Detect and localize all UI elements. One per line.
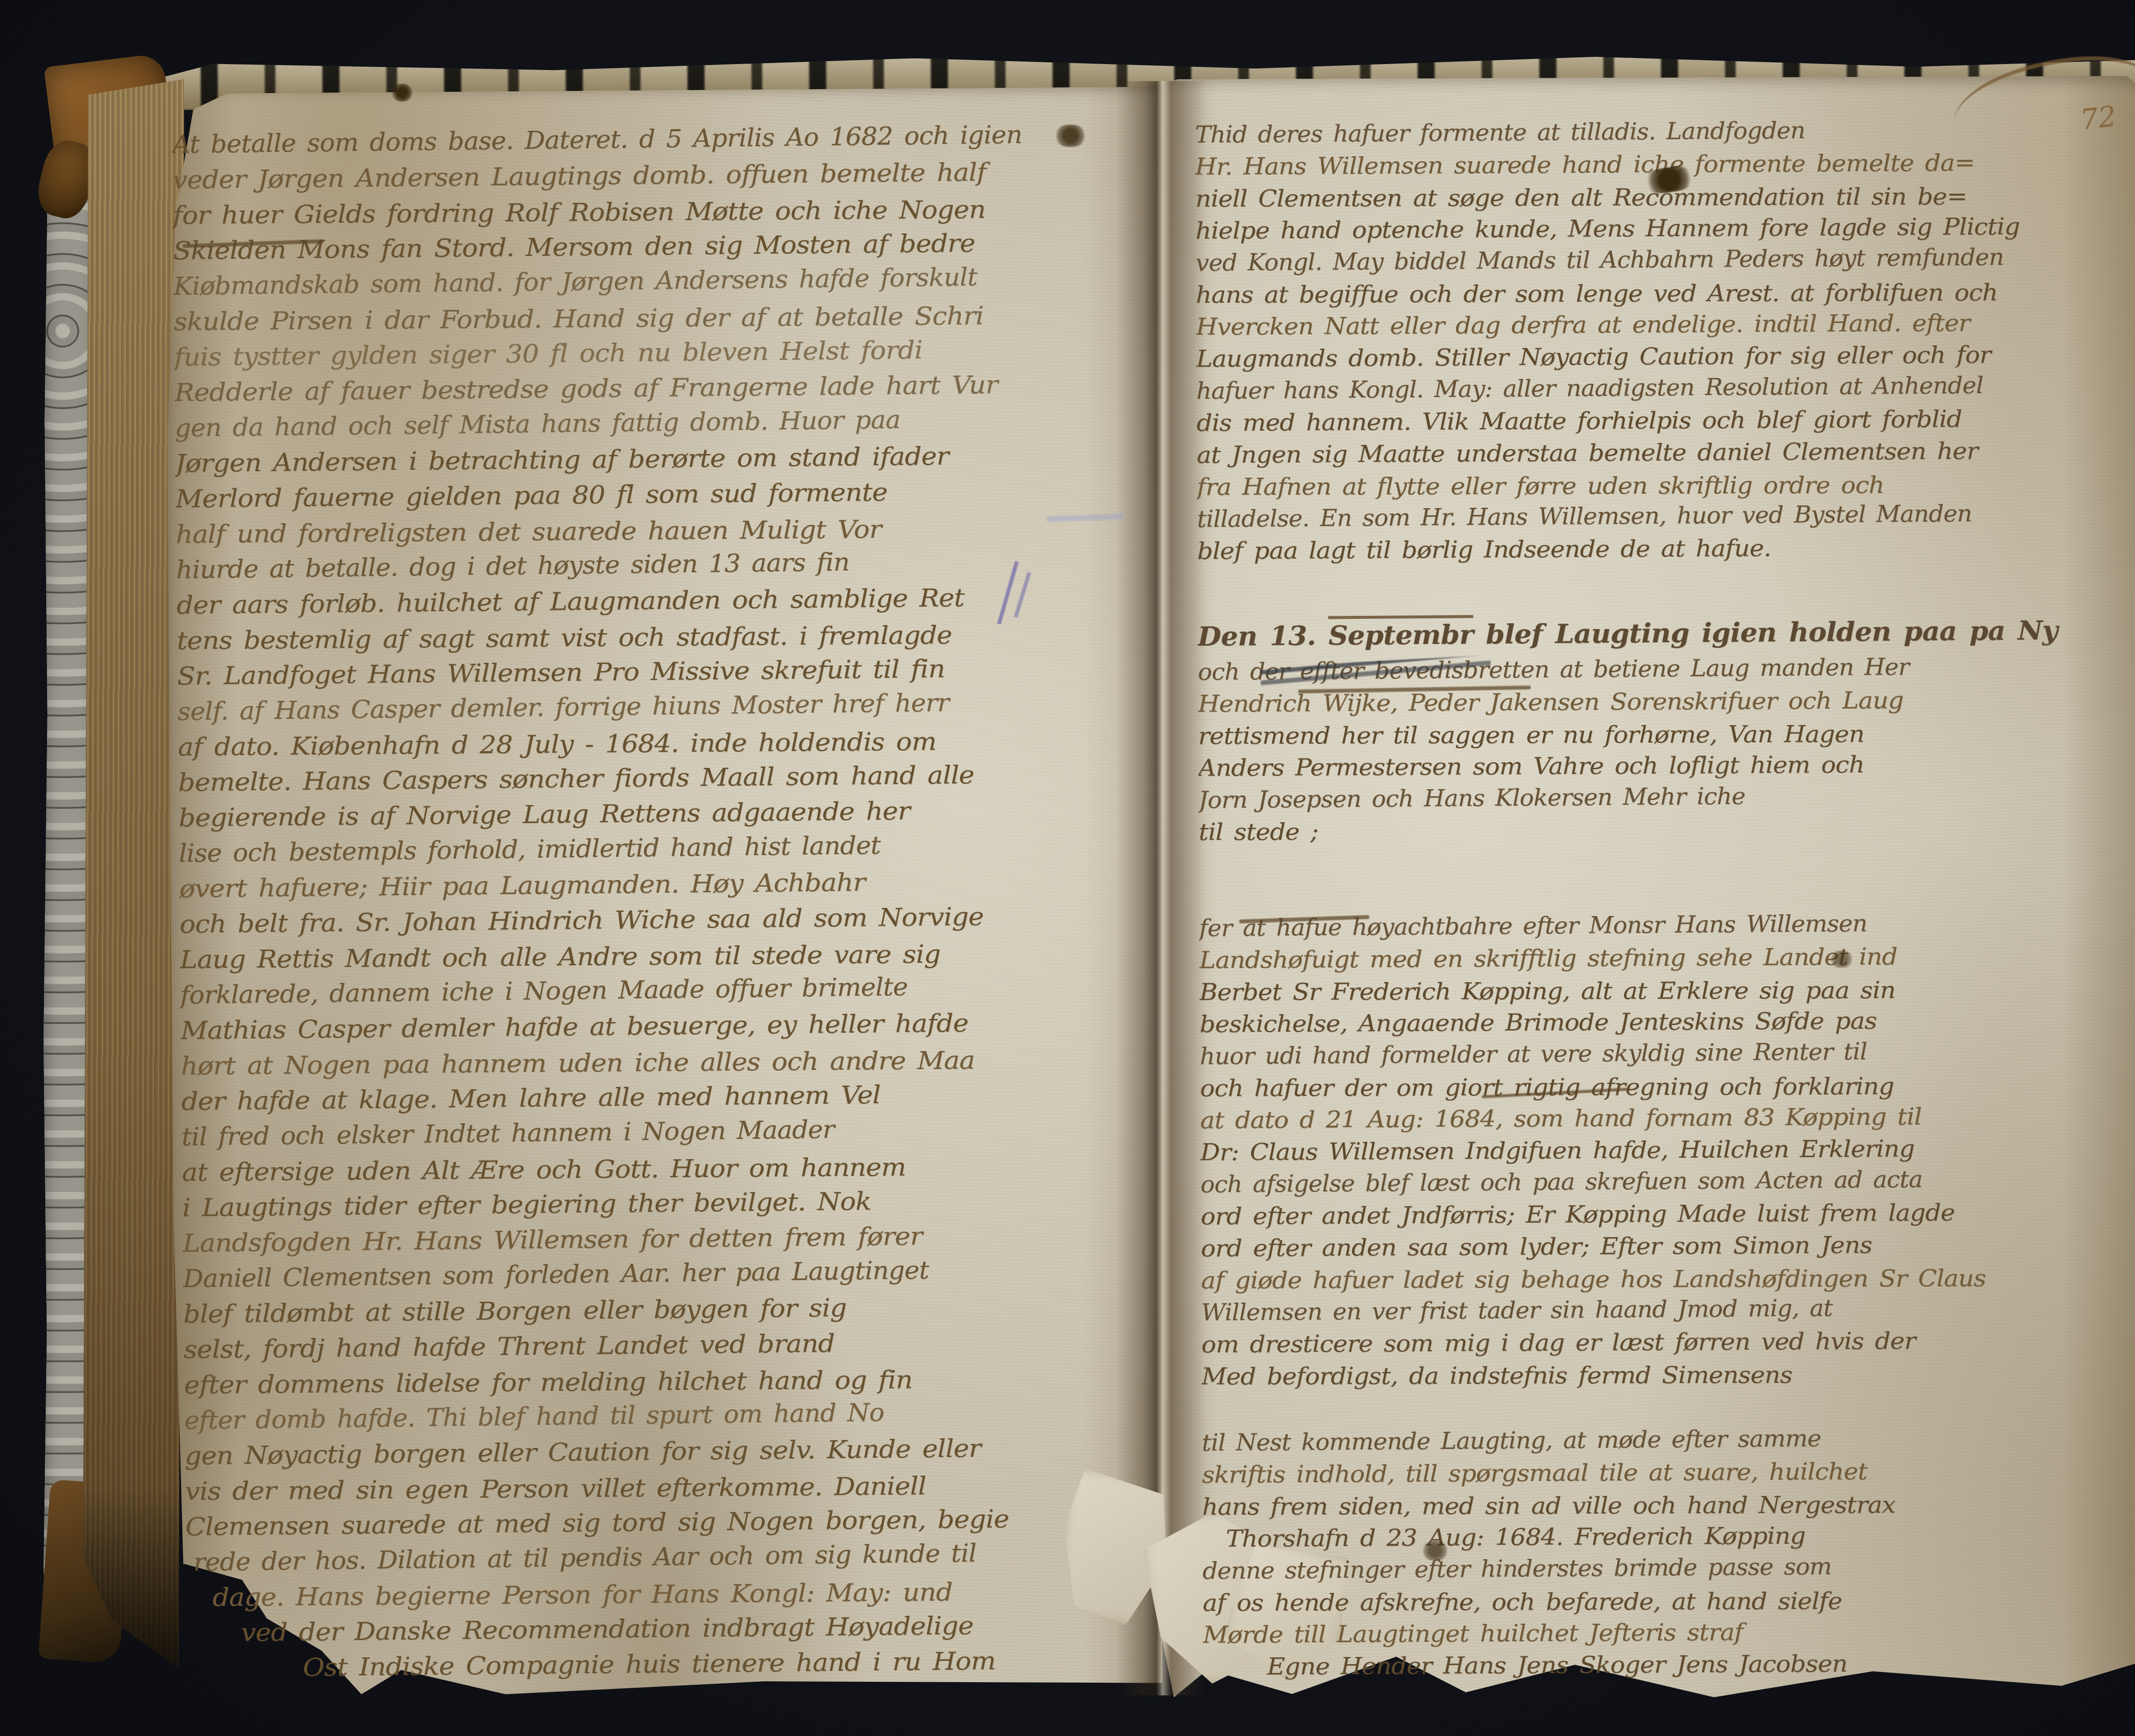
manuscript-line: ord efter andet Jndførris; Er Køpping Ma… bbox=[1201, 1195, 2135, 1232]
right-page-heading-paragraph: Den 13. Septembr blef Laugting igien hol… bbox=[1197, 612, 2135, 848]
manuscript-line: rettismend her til saggen er nu forhørne… bbox=[1198, 717, 2135, 752]
manuscript-line: om dresticere som mig i dag er læst førr… bbox=[1201, 1323, 2135, 1360]
manuscript-line: at dato d 21 Aug: 1684, som hand fornam … bbox=[1200, 1099, 2135, 1136]
overlined-word: Septembr bbox=[1328, 615, 1474, 651]
manuscript-line: Jorn Josepsen och Hans Klokersen Mehr ic… bbox=[1198, 777, 2135, 816]
right-page-text: Thid deres hafuer formente at tilladis. … bbox=[1195, 114, 2135, 1690]
manuscript-line: til Nest kommende Laugting, at møde efte… bbox=[1202, 1420, 2135, 1459]
manuscript-line: Egne Hender Hans Jens Skoger Jens Jacobs… bbox=[1267, 1645, 2135, 1683]
manuscript-line: Berbet Sr Frederich Køpping, alt at Erkl… bbox=[1199, 973, 2135, 1008]
manuscript-line: hans at begiffue och der som lenge ved A… bbox=[1196, 276, 2135, 311]
manuscript-line: denne stefninger efter hinderstes brimde… bbox=[1202, 1548, 2135, 1587]
manuscript-line: ved Kongl. May biddel Mands til Achbahrn… bbox=[1196, 240, 2135, 279]
heading-date-prefix: Den 13. bbox=[1197, 620, 1328, 652]
right-page-closing-paragraph: til Nest kommende Laugting, at møde efte… bbox=[1202, 1422, 2135, 1683]
manuscript-line: tilladelse. En som Hr. Hans Willemsen, h… bbox=[1197, 496, 2135, 535]
manuscript-line: hafuer hans Kongl. May: aller naadigsten… bbox=[1196, 368, 2135, 407]
left-page-text: At betalle som doms base. Dateret. d 5 A… bbox=[172, 117, 1158, 1690]
manuscript-line: fer at hafue høyachtbahre efter Monsr Ha… bbox=[1199, 905, 2135, 944]
manuscript-line: blef paa lagt til børlig Indseende de at… bbox=[1197, 530, 2135, 567]
heading-rest: blef Laugting igien holden paa pa Ny bbox=[1473, 615, 2058, 650]
ink-blot bbox=[392, 84, 412, 102]
ink-blot bbox=[1830, 951, 1853, 968]
manuscript-line: Mørde till Laugtinget huilchet Jefteris … bbox=[1203, 1613, 2135, 1651]
ink-blot bbox=[1055, 125, 1086, 147]
manuscript-line: skriftis indhold, till spørgsmaal tile a… bbox=[1202, 1453, 2135, 1490]
book-photo: At betalle som doms base. Dateret. d 5 A… bbox=[0, 0, 2135, 1736]
manuscript-line: dis med hannem. Vlik Maatte forhielpis o… bbox=[1196, 401, 2135, 439]
manuscript-line: Med befordigst, da indstefnis fermd Sime… bbox=[1202, 1358, 2135, 1393]
manuscript-line: at Jngen sig Maatte understaa bemelte da… bbox=[1196, 433, 2135, 471]
manuscript-line: och hafuer der om giort rigtig afregning… bbox=[1200, 1069, 2135, 1104]
manuscript-line: och afsigelse blef læst och paa skrefuen… bbox=[1200, 1161, 2135, 1200]
ink-blot bbox=[1422, 1541, 1448, 1560]
manuscript-line: Willemsen en ver frist tader sin haand J… bbox=[1201, 1289, 2135, 1329]
manuscript-line: Landshøfuigt med en skrifftlig stefning … bbox=[1199, 939, 2135, 976]
left-page-stack-fore-edge bbox=[83, 79, 184, 1668]
manuscript-line: af os hende afskrefne, och befarede, at … bbox=[1202, 1584, 2135, 1619]
section-heading: Den 13. Septembr blef Laugting igien hol… bbox=[1197, 610, 2135, 656]
manuscript-line: ord efter anden saa som lyder; Efter som… bbox=[1201, 1227, 2135, 1264]
manuscript-line: huor udi hand formelder at vere skyldig … bbox=[1200, 1033, 2135, 1072]
right-page-paragraph-3: fer at hafue høyachtbahre efter Monsr Ha… bbox=[1199, 907, 2135, 1393]
manuscript-line: Hvercken Natt eller dag derfra at endeli… bbox=[1196, 305, 2135, 343]
manuscript-line: til stede ; bbox=[1199, 813, 2135, 848]
manuscript-line: hans frem siden, med sin ad ville och ha… bbox=[1202, 1488, 2135, 1523]
